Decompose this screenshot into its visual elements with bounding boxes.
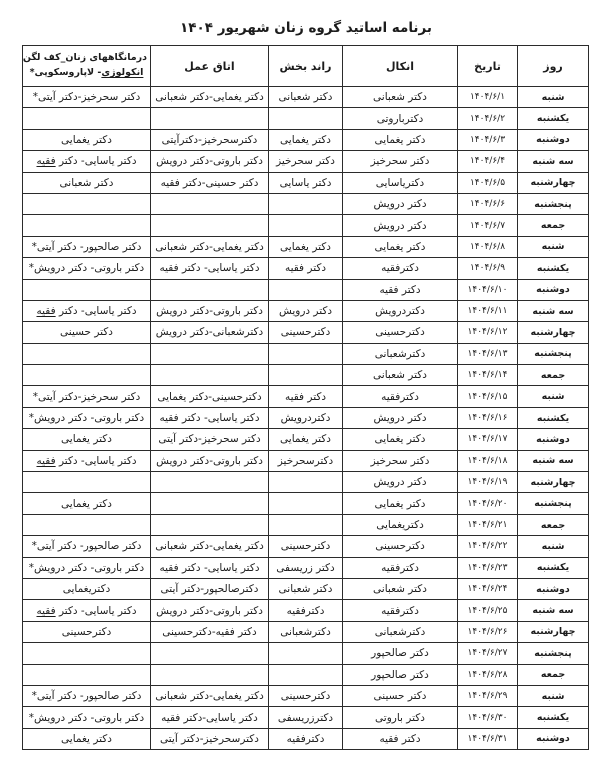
- round-cell: [269, 279, 343, 300]
- round-cell: دکترفقیه: [269, 728, 343, 749]
- day-cell: سه شنبه: [518, 300, 589, 321]
- or-cell: دکتر باروتی-دکتر درویش: [151, 300, 269, 321]
- or-cell: دکتر یغمایی-دکتر شعبانی: [151, 536, 269, 557]
- day-cell: یکشنبه: [518, 258, 589, 279]
- clinic-cell: دکترحسینی: [23, 621, 151, 642]
- schedule-row: سه شنبه ۱۴۰۴/۶/۱۸ دکتر سحرخیز دکترسحرخیز…: [23, 450, 589, 471]
- or-cell: [151, 193, 269, 214]
- oncall-cell: دکتر سحرخیز: [343, 450, 458, 471]
- clinic-cell: [23, 108, 151, 129]
- clinic-underlined-name: فقیه: [36, 305, 55, 317]
- date-cell: ۱۴۰۴/۶/۱۶: [458, 407, 518, 428]
- header-or: اتاق عمل: [151, 46, 269, 87]
- oncall-cell: دکتریغمایی: [343, 514, 458, 535]
- date-cell: ۱۴۰۴/۶/۳۰: [458, 707, 518, 728]
- header-row: روز تاریخ انکال راند بخش اتاق عمل درمانگ…: [23, 46, 589, 87]
- header-day: روز: [518, 46, 589, 87]
- date-cell: ۱۴۰۴/۶/۲۵: [458, 600, 518, 621]
- or-cell: دکتر یاسایی- دکتر فقیه: [151, 557, 269, 578]
- round-cell: دکتر شعبانی: [269, 87, 343, 108]
- header-oncall: انکال: [343, 46, 458, 87]
- date-cell: ۱۴۰۴/۶/۱۸: [458, 450, 518, 471]
- clinic-cell: دکتر یغمایی: [23, 493, 151, 514]
- oncall-cell: دکتر شعبانی: [343, 578, 458, 599]
- or-cell: دکترصالحپور-دکتر آیتی: [151, 578, 269, 599]
- round-cell: [269, 108, 343, 129]
- clinic-cell: دکتر یاسایی- دکتر فقیه: [23, 300, 151, 321]
- day-cell: چهارشنبه: [518, 172, 589, 193]
- schedule-row: دوشنبه ۱۴۰۴/۶/۳۱ دکتر فقیه دکترفقیه دکتر…: [23, 728, 589, 749]
- oncall-cell: دکتر فقیه: [343, 279, 458, 300]
- day-cell: دوشنبه: [518, 728, 589, 749]
- clinic-cell: دکتر سحرخیز-دکتر آیتی*: [23, 386, 151, 407]
- day-cell: جمعه: [518, 215, 589, 236]
- or-cell: [151, 664, 269, 685]
- oncall-cell: دکتر شعبانی: [343, 87, 458, 108]
- page-title: برنامه اساتید گروه زنان شهریور ۱۴۰۴: [0, 20, 612, 36]
- oncall-cell: دکتر درویش: [343, 215, 458, 236]
- round-cell: دکتر یاسایی: [269, 172, 343, 193]
- day-cell: شنبه: [518, 386, 589, 407]
- round-cell: دکتر فقیه: [269, 386, 343, 407]
- oncall-cell: دکتر فقیه: [343, 728, 458, 749]
- schedule-row: دوشنبه ۱۴۰۴/۶/۲۴ دکتر شعبانی دکتر شعبانی…: [23, 578, 589, 599]
- schedule-row: پنجشنبه ۱۴۰۴/۶/۶ دکتر درویش: [23, 193, 589, 214]
- schedule-row: یکشنبه ۱۴۰۴/۶/۱۶ دکتر درویش دکتردرویش دک…: [23, 407, 589, 428]
- schedule-row: سه شنبه ۱۴۰۴/۶/۲۵ دکترفقیه دکترفقیه دکتر…: [23, 600, 589, 621]
- day-cell: چهارشنبه: [518, 621, 589, 642]
- day-cell: سه شنبه: [518, 450, 589, 471]
- or-cell: دکتر باروتی-دکتر درویش: [151, 600, 269, 621]
- schedule-row: شنبه ۱۴۰۴/۶/۲۲ دکترحسینی دکترحسینی دکتر …: [23, 536, 589, 557]
- or-cell: دکتر یغمایی-دکتر شعبانی: [151, 236, 269, 257]
- date-cell: ۱۴۰۴/۶/۲۰: [458, 493, 518, 514]
- schedule-row: چهارشنبه ۱۴۰۴/۶/۵ دکتریاسایی دکتر یاسایی…: [23, 172, 589, 193]
- day-cell: پنجشنبه: [518, 193, 589, 214]
- header-clinic-line2: انکولوژی- لاپاروسکوپی*: [26, 66, 147, 81]
- clinic-cell: دکتر یاسایی- دکتر فقیه: [23, 151, 151, 172]
- or-cell: دکترشعبانی-دکتر درویش: [151, 322, 269, 343]
- schedule-row: شنبه ۱۴۰۴/۶/۱ دکتر شعبانی دکتر شعبانی دک…: [23, 87, 589, 108]
- date-cell: ۱۴۰۴/۶/۲۶: [458, 621, 518, 642]
- schedule-row: جمعه ۱۴۰۴/۶/۷ دکتر درویش: [23, 215, 589, 236]
- or-cell: دکتر حسینی-دکتر فقیه: [151, 172, 269, 193]
- clinic-cell: [23, 664, 151, 685]
- date-cell: ۱۴۰۴/۶/۲۱: [458, 514, 518, 535]
- schedule-row: یکشنبه ۱۴۰۴/۶/۲ دکترباروتی: [23, 108, 589, 129]
- clinic-cell: دکتر حسینی: [23, 322, 151, 343]
- oncall-cell: دکتر سحرخیز: [343, 151, 458, 172]
- round-cell: دکترسحرخیز: [269, 450, 343, 471]
- or-cell: دکتر یغمایی-دکتر شعبانی: [151, 87, 269, 108]
- clinic-cell: دکتر یغمایی: [23, 129, 151, 150]
- oncall-cell: دکتر درویش: [343, 193, 458, 214]
- round-cell: [269, 365, 343, 386]
- day-cell: دوشنبه: [518, 279, 589, 300]
- day-cell: چهارشنبه: [518, 472, 589, 493]
- schedule-row: سه شنبه ۱۴۰۴/۶/۴ دکتر سحرخیز دکتر سحرخیز…: [23, 151, 589, 172]
- schedule-body: شنبه ۱۴۰۴/۶/۱ دکتر شعبانی دکتر شعبانی دک…: [23, 87, 589, 750]
- clinic-cell: دکتریغمایی: [23, 578, 151, 599]
- round-cell: دکتر فقیه: [269, 258, 343, 279]
- clinic-cell: دکتر صالحپور- دکتر آیتی*: [23, 236, 151, 257]
- clinic-cell: [23, 343, 151, 364]
- oncall-cell: دکترفقیه: [343, 557, 458, 578]
- schedule-row: پنجشنبه ۱۴۰۴/۶/۲۷ دکتر صالحپور: [23, 643, 589, 664]
- schedule-row: یکشنبه ۱۴۰۴/۶/۲۳ دکترفقیه دکتر زریسفی دک…: [23, 557, 589, 578]
- round-cell: دکتر شعبانی: [269, 578, 343, 599]
- round-cell: دکترزریسفی: [269, 707, 343, 728]
- round-cell: دکتر یغمایی: [269, 429, 343, 450]
- clinic-cell: [23, 514, 151, 535]
- date-cell: ۱۴۰۴/۶/۴: [458, 151, 518, 172]
- or-cell: دکتر یاسایی- دکتر فقیه: [151, 258, 269, 279]
- oncall-cell: دکترشعبانی: [343, 343, 458, 364]
- date-cell: ۱۴۰۴/۶/۱۲: [458, 322, 518, 343]
- round-cell: [269, 215, 343, 236]
- or-cell: دکترسحرخیز-دکتر آیتی: [151, 728, 269, 749]
- date-cell: ۱۴۰۴/۶/۱۹: [458, 472, 518, 493]
- round-cell: دکتر درویش: [269, 300, 343, 321]
- round-cell: دکتر یغمایی: [269, 129, 343, 150]
- day-cell: جمعه: [518, 365, 589, 386]
- round-cell: [269, 493, 343, 514]
- date-cell: ۱۴۰۴/۶/۶: [458, 193, 518, 214]
- date-cell: ۱۴۰۴/۶/۳: [458, 129, 518, 150]
- clinic-cell: دکتر سحرخیز-دکتر آیتی*: [23, 87, 151, 108]
- clinic-underlined-name: فقیه: [36, 155, 55, 167]
- clinic-cell: دکتر باروتی- دکتر درویش*: [23, 557, 151, 578]
- day-cell: دوشنبه: [518, 129, 589, 150]
- date-cell: ۱۴۰۴/۶/۲۳: [458, 557, 518, 578]
- round-cell: دکترشعبانی: [269, 621, 343, 642]
- date-cell: ۱۴۰۴/۶/۱۴: [458, 365, 518, 386]
- or-cell: دکتر یاسایی-دکتر فقیه: [151, 707, 269, 728]
- schedule-row: جمعه ۱۴۰۴/۶/۲۱ دکتریغمایی: [23, 514, 589, 535]
- header-clinic-oncology: انکولوژی: [101, 67, 143, 78]
- round-cell: [269, 193, 343, 214]
- clinic-cell: [23, 643, 151, 664]
- schedule-row: شنبه ۱۴۰۴/۶/۸ دکتر یغمایی دکتر یغمایی دک…: [23, 236, 589, 257]
- or-cell: [151, 514, 269, 535]
- schedule-row: چهارشنبه ۱۴۰۴/۶/۱۹ دکتر درویش: [23, 472, 589, 493]
- date-cell: ۱۴۰۴/۶/۲۹: [458, 685, 518, 706]
- or-cell: دکتر یغمایی-دکتر شعبانی: [151, 685, 269, 706]
- date-cell: ۱۴۰۴/۶/۲: [458, 108, 518, 129]
- oncall-cell: دکتر حسینی: [343, 685, 458, 706]
- day-cell: شنبه: [518, 87, 589, 108]
- date-cell: ۱۴۰۴/۶/۱۰: [458, 279, 518, 300]
- date-cell: ۱۴۰۴/۶/۱۱: [458, 300, 518, 321]
- or-cell: [151, 365, 269, 386]
- oncall-cell: دکتر یغمایی: [343, 129, 458, 150]
- oncall-cell: دکترحسینی: [343, 536, 458, 557]
- date-cell: ۱۴۰۴/۶/۱: [458, 87, 518, 108]
- schedule-row: چهارشنبه ۱۴۰۴/۶/۲۶ دکترشعبانی دکترشعبانی…: [23, 621, 589, 642]
- header-clinic-laparoscopy: - لاپاروسکوپی*: [30, 67, 102, 78]
- clinic-cell: دکتر یاسایی- دکتر فقیه: [23, 450, 151, 471]
- header-clinic: درمانگاههای زنان_کف لگن*_ انکولوژی- لاپا…: [23, 46, 151, 87]
- date-cell: ۱۴۰۴/۶/۲۸: [458, 664, 518, 685]
- schedule-row: جمعه ۱۴۰۴/۶/۱۴ دکتر شعبانی: [23, 365, 589, 386]
- day-cell: شنبه: [518, 236, 589, 257]
- or-cell: [151, 472, 269, 493]
- date-cell: ۱۴۰۴/۶/۲۴: [458, 578, 518, 599]
- document-page: { "title": "برنامه اساتید گروه زنان شهری…: [0, 0, 612, 762]
- oncall-cell: دکتر صالحپور: [343, 664, 458, 685]
- clinic-underlined-name: فقیه: [36, 605, 55, 617]
- or-cell: دکتر فقیه-دکترحسینی: [151, 621, 269, 642]
- header-round: راند بخش: [269, 46, 343, 87]
- day-cell: پنجشنبه: [518, 643, 589, 664]
- clinic-cell: دکتر باروتی- دکتر درویش*: [23, 258, 151, 279]
- round-cell: دکترحسینی: [269, 322, 343, 343]
- or-cell: دکتر باروتی-دکتر درویش: [151, 151, 269, 172]
- date-cell: ۱۴۰۴/۶/۳۱: [458, 728, 518, 749]
- clinic-cell: دکتر یاسایی- دکتر فقیه: [23, 600, 151, 621]
- header-date: تاریخ: [458, 46, 518, 87]
- date-cell: ۱۴۰۴/۶/۵: [458, 172, 518, 193]
- day-cell: پنجشنبه: [518, 343, 589, 364]
- schedule-row: شنبه ۱۴۰۴/۶/۱۵ دکترفقیه دکتر فقیه دکترحس…: [23, 386, 589, 407]
- day-cell: یکشنبه: [518, 407, 589, 428]
- clinic-cell: [23, 193, 151, 214]
- or-cell: دکتر سحرخیز-دکتر آیتی: [151, 429, 269, 450]
- date-cell: ۱۴۰۴/۶/۱۷: [458, 429, 518, 450]
- clinic-cell: دکتر یغمایی: [23, 429, 151, 450]
- date-cell: ۱۴۰۴/۶/۲۷: [458, 643, 518, 664]
- oncall-cell: دکترشعبانی: [343, 621, 458, 642]
- or-cell: دکترحسینی-دکتر یغمایی: [151, 386, 269, 407]
- round-cell: دکترحسینی: [269, 685, 343, 706]
- date-cell: ۱۴۰۴/۶/۸: [458, 236, 518, 257]
- oncall-cell: دکترفقیه: [343, 600, 458, 621]
- clinic-underlined-name: فقیه: [36, 455, 55, 467]
- clinic-cell: دکتر باروتی- دکتر درویش*: [23, 407, 151, 428]
- oncall-cell: دکتردرویش: [343, 300, 458, 321]
- schedule-row: دوشنبه ۱۴۰۴/۶/۳ دکتر یغمایی دکتر یغمایی …: [23, 129, 589, 150]
- date-cell: ۱۴۰۴/۶/۲۲: [458, 536, 518, 557]
- oncall-cell: دکتریاسایی: [343, 172, 458, 193]
- or-cell: [151, 643, 269, 664]
- oncall-cell: دکترباروتی: [343, 108, 458, 129]
- oncall-cell: دکتر صالحپور: [343, 643, 458, 664]
- round-cell: دکترفقیه: [269, 600, 343, 621]
- day-cell: پنجشنبه: [518, 493, 589, 514]
- clinic-cell: دکتر صالحپور- دکتر آیتی*: [23, 536, 151, 557]
- date-cell: ۱۴۰۴/۶/۹: [458, 258, 518, 279]
- day-cell: یکشنبه: [518, 108, 589, 129]
- day-cell: شنبه: [518, 536, 589, 557]
- schedule-row: جمعه ۱۴۰۴/۶/۲۸ دکتر صالحپور: [23, 664, 589, 685]
- oncall-cell: دکتر درویش: [343, 407, 458, 428]
- clinic-cell: [23, 215, 151, 236]
- schedule-row: دوشنبه ۱۴۰۴/۶/۱۷ دکتر یغمایی دکتر یغمایی…: [23, 429, 589, 450]
- or-cell: دکترسحرخیز-دکترآیتی: [151, 129, 269, 150]
- schedule-row: شنبه ۱۴۰۴/۶/۲۹ دکتر حسینی دکترحسینی دکتر…: [23, 685, 589, 706]
- round-cell: [269, 343, 343, 364]
- day-cell: جمعه: [518, 664, 589, 685]
- round-cell: دکتردرویش: [269, 407, 343, 428]
- round-cell: [269, 514, 343, 535]
- oncall-cell: دکتر درویش: [343, 472, 458, 493]
- or-cell: دکتر باروتی-دکتر درویش: [151, 450, 269, 471]
- clinic-cell: دکتر باروتی- دکتر درویش*: [23, 707, 151, 728]
- round-cell: [269, 643, 343, 664]
- or-cell: [151, 215, 269, 236]
- or-cell: [151, 493, 269, 514]
- day-cell: یکشنبه: [518, 557, 589, 578]
- oncall-cell: دکتر باروتی: [343, 707, 458, 728]
- oncall-cell: دکترفقیه: [343, 258, 458, 279]
- oncall-cell: دکترحسینی: [343, 322, 458, 343]
- or-cell: [151, 108, 269, 129]
- day-cell: شنبه: [518, 685, 589, 706]
- clinic-cell: [23, 279, 151, 300]
- schedule-row: یکشنبه ۱۴۰۴/۶/۳۰ دکتر باروتی دکترزریسفی …: [23, 707, 589, 728]
- round-cell: دکتر زریسفی: [269, 557, 343, 578]
- header-clinic-line1: درمانگاههای زنان_کف لگن*_: [26, 51, 147, 66]
- oncall-cell: دکتر یغمایی: [343, 493, 458, 514]
- day-cell: چهارشنبه: [518, 322, 589, 343]
- date-cell: ۱۴۰۴/۶/۱۳: [458, 343, 518, 364]
- schedule-row: دوشنبه ۱۴۰۴/۶/۱۰ دکتر فقیه: [23, 279, 589, 300]
- clinic-cell: [23, 365, 151, 386]
- schedule-header: روز تاریخ انکال راند بخش اتاق عمل درمانگ…: [23, 46, 589, 87]
- schedule-row: یکشنبه ۱۴۰۴/۶/۹ دکترفقیه دکتر فقیه دکتر …: [23, 258, 589, 279]
- oncall-cell: دکتر یغمایی: [343, 236, 458, 257]
- or-cell: [151, 343, 269, 364]
- day-cell: دوشنبه: [518, 578, 589, 599]
- date-cell: ۱۴۰۴/۶/۱۵: [458, 386, 518, 407]
- or-cell: [151, 279, 269, 300]
- day-cell: سه شنبه: [518, 600, 589, 621]
- oncall-cell: دکتر یغمایی: [343, 429, 458, 450]
- oncall-cell: دکترفقیه: [343, 386, 458, 407]
- date-cell: ۱۴۰۴/۶/۷: [458, 215, 518, 236]
- clinic-cell: دکتر شعبانی: [23, 172, 151, 193]
- schedule-row: سه شنبه ۱۴۰۴/۶/۱۱ دکتردرویش دکتر درویش د…: [23, 300, 589, 321]
- round-cell: دکتر سحرخیز: [269, 151, 343, 172]
- clinic-cell: دکتر یغمایی: [23, 728, 151, 749]
- or-cell: دکتر یاسایی- دکتر فقیه: [151, 407, 269, 428]
- day-cell: جمعه: [518, 514, 589, 535]
- round-cell: [269, 664, 343, 685]
- round-cell: [269, 472, 343, 493]
- day-cell: دوشنبه: [518, 429, 589, 450]
- day-cell: یکشنبه: [518, 707, 589, 728]
- oncall-cell: دکتر شعبانی: [343, 365, 458, 386]
- schedule-row: پنجشنبه ۱۴۰۴/۶/۲۰ دکتر یغمایی دکتر یغمای…: [23, 493, 589, 514]
- clinic-cell: [23, 472, 151, 493]
- round-cell: دکتر یغمایی: [269, 236, 343, 257]
- schedule-table: روز تاریخ انکال راند بخش اتاق عمل درمانگ…: [22, 45, 589, 750]
- clinic-cell: دکتر صالحپور- دکتر آیتی*: [23, 685, 151, 706]
- round-cell: دکترحسینی: [269, 536, 343, 557]
- day-cell: سه شنبه: [518, 151, 589, 172]
- schedule-row: چهارشنبه ۱۴۰۴/۶/۱۲ دکترحسینی دکترحسینی د…: [23, 322, 589, 343]
- schedule-row: پنجشنبه ۱۴۰۴/۶/۱۳ دکترشعبانی: [23, 343, 589, 364]
